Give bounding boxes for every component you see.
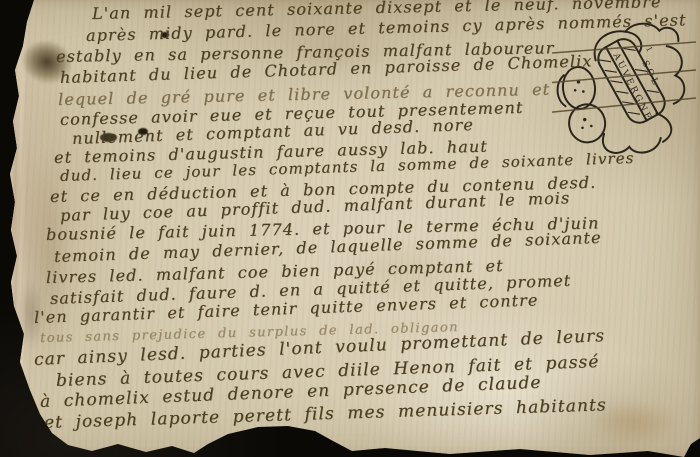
manuscript-page: AUVERGNE SOL 1 L'an mil sept cent soixan… xyxy=(0,0,700,457)
manuscript-text: L'an mil sept cent soixante dixsept et l… xyxy=(0,0,700,457)
photo-backdrop: AUVERGNE SOL 1 L'an mil sept cent soixan… xyxy=(0,0,700,457)
